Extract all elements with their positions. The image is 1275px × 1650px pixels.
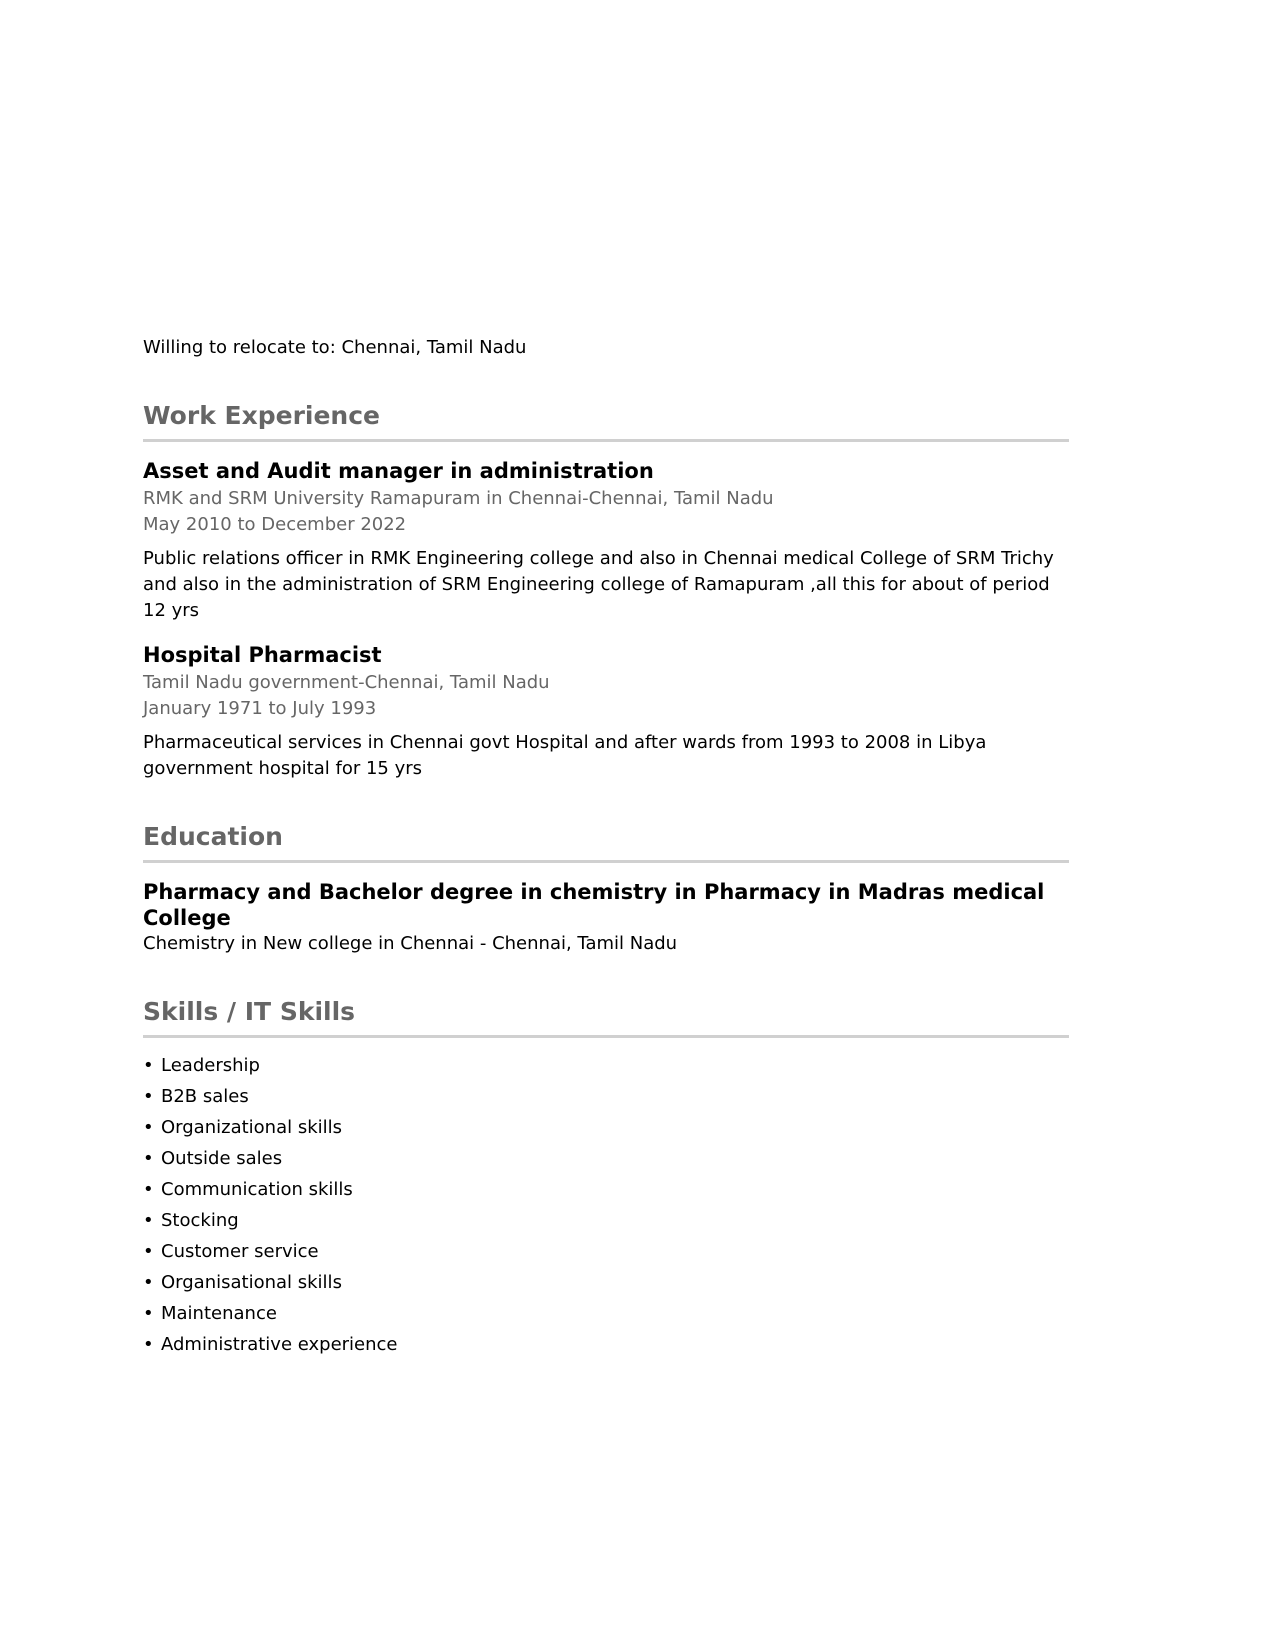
section-heading-education: Education xyxy=(143,820,1069,863)
skill-label: Outside sales xyxy=(161,1143,282,1174)
job-entry: Asset and Audit manager in administratio… xyxy=(143,456,1069,624)
section-heading-skills: Skills / IT Skills xyxy=(143,995,1069,1038)
bullet-icon: • xyxy=(143,1329,161,1360)
education-entry: Pharmacy and Bachelor degree in chemistr… xyxy=(143,879,1069,957)
skill-item: •Administrative experience xyxy=(143,1329,1069,1360)
bullet-icon: • xyxy=(143,1267,161,1298)
bullet-icon: • xyxy=(143,1112,161,1143)
skill-item: •Leadership xyxy=(143,1050,1069,1081)
job-description: Public relations officer in RMK Engineer… xyxy=(143,546,1069,624)
skill-item: •Maintenance xyxy=(143,1298,1069,1329)
job-title: Hospital Pharmacist xyxy=(143,640,1069,670)
bullet-icon: • xyxy=(143,1236,161,1267)
skill-label: Customer service xyxy=(161,1236,319,1267)
skill-label: B2B sales xyxy=(161,1081,249,1112)
bullet-icon: • xyxy=(143,1143,161,1174)
skill-item: •Communication skills xyxy=(143,1174,1069,1205)
skill-label: Maintenance xyxy=(161,1298,277,1329)
relocation-preference: Willing to relocate to: Chennai, Tamil N… xyxy=(143,335,1069,361)
skill-label: Leadership xyxy=(161,1050,260,1081)
skill-item: •Organizational skills xyxy=(143,1112,1069,1143)
bullet-icon: • xyxy=(143,1081,161,1112)
skill-item: •Customer service xyxy=(143,1236,1069,1267)
bullet-icon: • xyxy=(143,1298,161,1329)
job-company: Tamil Nadu government-Chennai, Tamil Nad… xyxy=(143,670,1069,696)
skill-item: •Outside sales xyxy=(143,1143,1069,1174)
skill-item: •B2B sales xyxy=(143,1081,1069,1112)
bullet-icon: • xyxy=(143,1205,161,1236)
section-heading-work-experience: Work Experience xyxy=(143,399,1069,442)
skill-label: Communication skills xyxy=(161,1174,353,1205)
skills-list: •Leadership •B2B sales •Organizational s… xyxy=(143,1050,1069,1360)
resume-page: Willing to relocate to: Chennai, Tamil N… xyxy=(143,335,1069,1360)
job-dates: January 1971 to July 1993 xyxy=(143,696,1069,722)
job-dates: May 2010 to December 2022 xyxy=(143,512,1069,538)
skill-item: •Stocking xyxy=(143,1205,1069,1236)
job-entry: Hospital Pharmacist Tamil Nadu governmen… xyxy=(143,640,1069,782)
job-company: RMK and SRM University Ramapuram in Chen… xyxy=(143,486,1069,512)
skill-label: Organisational skills xyxy=(161,1267,342,1298)
job-title: Asset and Audit manager in administratio… xyxy=(143,456,1069,486)
skill-label: Stocking xyxy=(161,1205,239,1236)
bullet-icon: • xyxy=(143,1174,161,1205)
skill-item: •Organisational skills xyxy=(143,1267,1069,1298)
education-degree: Pharmacy and Bachelor degree in chemistr… xyxy=(143,879,1069,931)
skill-label: Organizational skills xyxy=(161,1112,342,1143)
bullet-icon: • xyxy=(143,1050,161,1081)
education-section: Education Pharmacy and Bachelor degree i… xyxy=(143,820,1069,957)
education-school: Chemistry in New college in Chennai - Ch… xyxy=(143,931,1069,957)
job-description: Pharmaceutical services in Chennai govt … xyxy=(143,730,1069,782)
work-experience-section: Work Experience Asset and Audit manager … xyxy=(143,399,1069,782)
skill-label: Administrative experience xyxy=(161,1329,398,1360)
skills-section: Skills / IT Skills •Leadership •B2B sale… xyxy=(143,995,1069,1360)
